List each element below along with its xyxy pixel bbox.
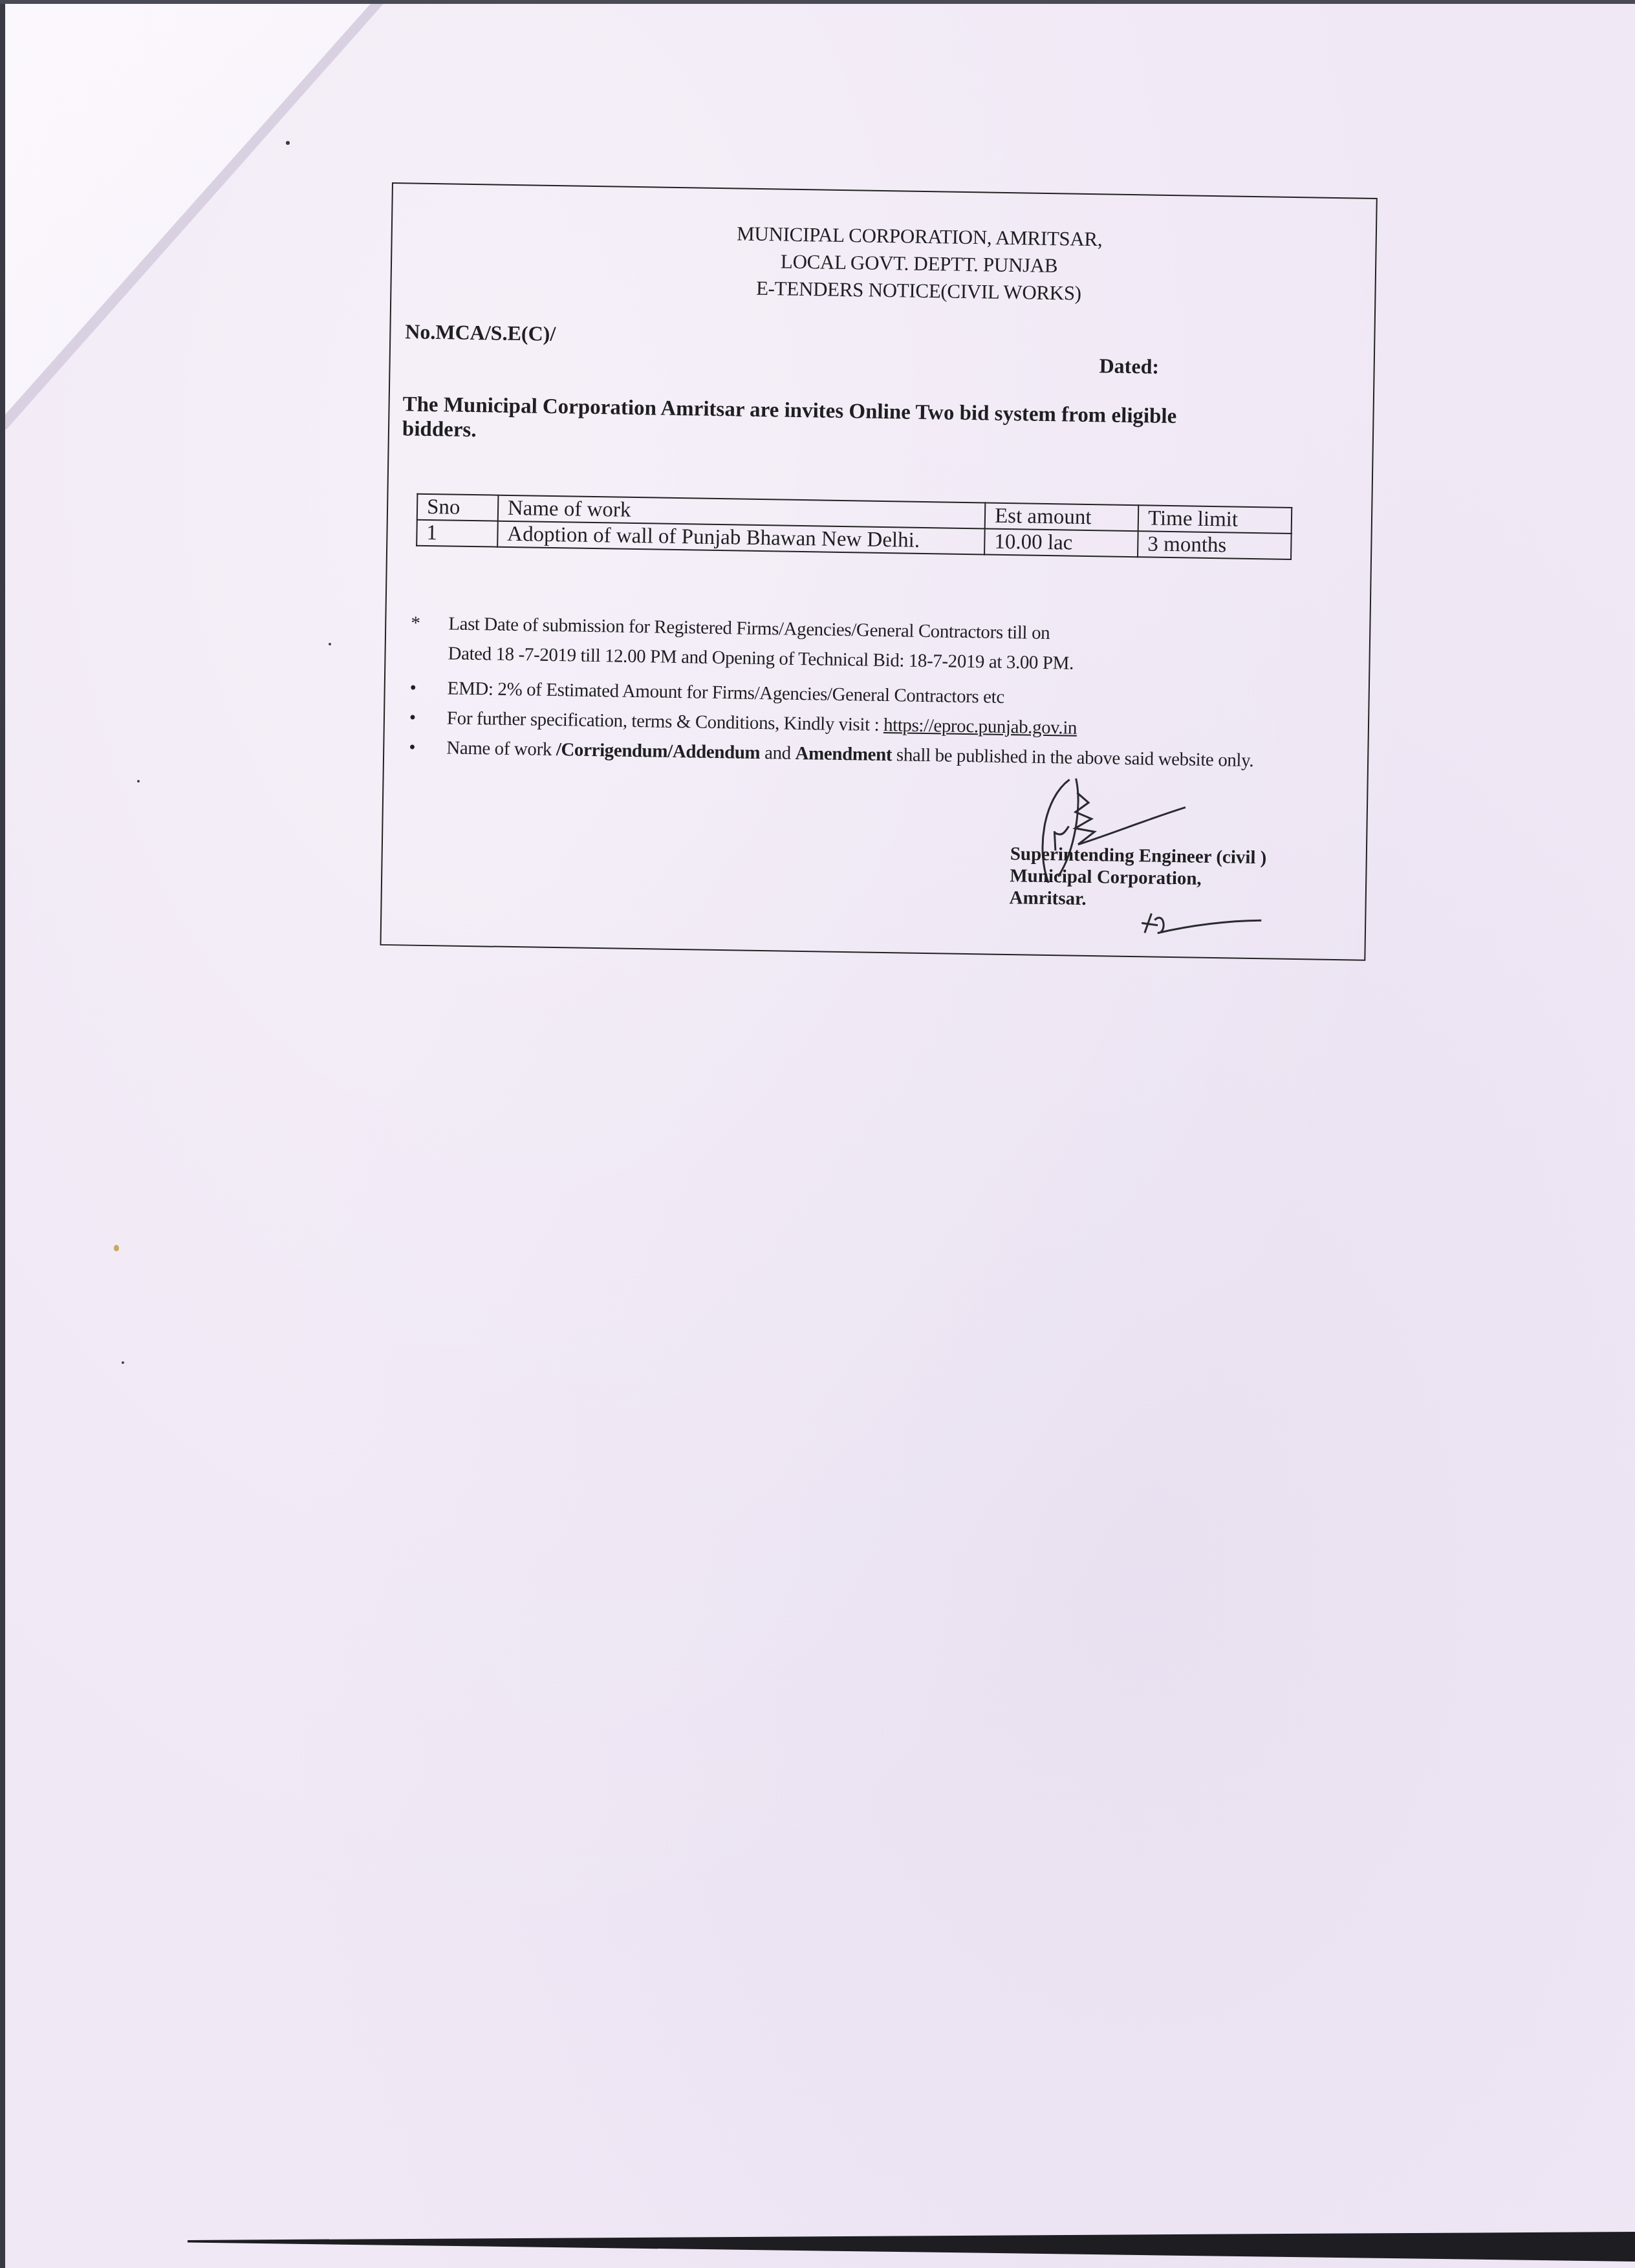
note-last-date: * Last Date of submission for Registered…: [404, 610, 1355, 680]
bullet-icon: •: [409, 735, 415, 760]
signatory-city: Amritsar.: [1009, 887, 1266, 913]
col-header-time-limit: Time limit: [1138, 505, 1292, 534]
scan-edge-left: [0, 0, 5, 2268]
cell-time-limit: 3 months: [1138, 531, 1292, 559]
col-header-est-amount: Est amount: [985, 502, 1139, 531]
scan-speck: [329, 643, 331, 645]
publish-text-1: Name of work: [446, 737, 556, 760]
bullet-icon: •: [409, 676, 416, 700]
further-spec-text: For further specification, terms & Condi…: [447, 707, 884, 735]
asterisk-icon: *: [411, 611, 420, 636]
bullet-icon: •: [409, 706, 416, 730]
reference-number: No.MCA/S.E(C)/: [405, 319, 556, 346]
signatory-block: Superintending Engineer (civil ) Municip…: [1009, 843, 1266, 913]
publish-bold-corrigendum: /Corrigendum/Addendum: [556, 739, 761, 763]
intro-statement: The Municipal Corporation Amritsar are i…: [402, 392, 1244, 454]
notes-list: * Last Date of submission for Registered…: [402, 610, 1356, 779]
publish-text-3: shall be published in the above said web…: [892, 744, 1254, 771]
cell-est-amount: 10.00 lac: [984, 528, 1138, 557]
emd-text: EMD: 2% of Estimated Amount for Firms/Ag…: [447, 678, 1004, 707]
col-header-sno: Sno: [417, 494, 498, 521]
scan-speck: [114, 1245, 119, 1251]
scan-speck: [122, 1361, 124, 1364]
cell-sno: 1: [417, 520, 497, 547]
scan-speck: [137, 780, 140, 783]
publish-bold-amendment: Amendment: [795, 743, 892, 765]
tender-notice-box: MUNICIPAL CORPORATION, AMRITSAR, LOCAL G…: [380, 182, 1377, 961]
last-date-line2: Dated 18 -7-2019 till 12.00 PM and Openi…: [448, 641, 1354, 680]
publish-text-2: and: [760, 742, 796, 764]
notice-header: MUNICIPAL CORPORATION, AMRITSAR, LOCAL G…: [391, 215, 1376, 312]
scan-speck: [286, 141, 290, 145]
last-date-line1: Last Date of submission for Registered F…: [448, 613, 1050, 643]
scan-edge-top: [0, 0, 1635, 4]
eproc-link[interactable]: https://eproc.punjab.gov.in: [883, 715, 1077, 739]
dated-label: Dated:: [1099, 354, 1159, 378]
works-table: Sno Name of work Est amount Time limit 1…: [416, 493, 1292, 560]
